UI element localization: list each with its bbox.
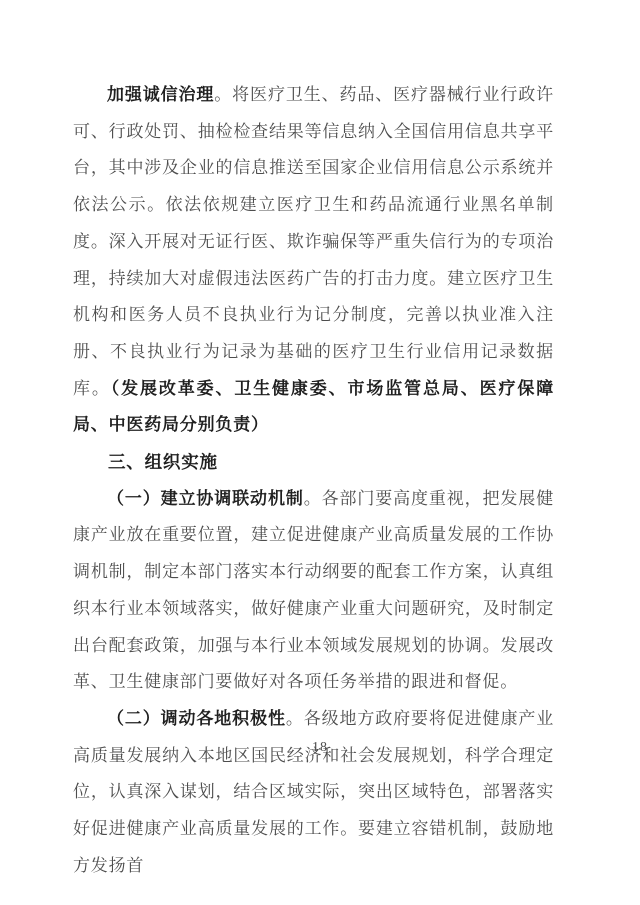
paragraph-credit-governance: 加强诚信治理。将医疗卫生、药品、医疗器械行业行政许可、行政处罚、抽检检查结果等信… xyxy=(73,77,554,444)
paragraph-body-text: 。各部门要高度重视，把发展健康产业放在重要位置，建立促进健康产业高质量发展的工作… xyxy=(73,489,554,692)
paragraph-body-text: 。各级地方政府要将促进健康产业高质量发展纳入本地区国民经济和社会发展规划，科学合… xyxy=(73,709,554,875)
document-page: 加强诚信治理。将医疗卫生、药品、医疗器械行业行政许可、行政处罚、抽检检查结果等信… xyxy=(0,0,640,905)
page-number: 18 xyxy=(0,740,640,756)
responsibility-attribution: （发展改革委、卫生健康委、市场监管总局、医疗保障局、中医药局分别负责） xyxy=(73,379,554,435)
section-heading: 三、组织实施 xyxy=(73,444,554,481)
paragraph-lead-bold: 加强诚信治理 xyxy=(107,85,214,104)
paragraph-local-initiative: （二）调动各地积极性。各级地方政府要将促进健康产业高质量发展纳入本地区国民经济和… xyxy=(73,701,554,885)
paragraph-coordination-mechanism: （一）建立协调联动机制。各部门要高度重视，把发展健康产业放在重要位置，建立促进健… xyxy=(73,481,554,701)
paragraph-lead-bold: （二）调动各地积极性 xyxy=(107,709,286,728)
paragraph-body-text: 。将医疗卫生、药品、医疗器械行业行政许可、行政处罚、抽检检查结果等信息纳入全国信… xyxy=(73,85,554,398)
document-body: 加强诚信治理。将医疗卫生、药品、医疗器械行业行政许可、行政处罚、抽检检查结果等信… xyxy=(73,77,554,884)
paragraph-lead-bold: （一）建立协调联动机制 xyxy=(107,489,304,508)
